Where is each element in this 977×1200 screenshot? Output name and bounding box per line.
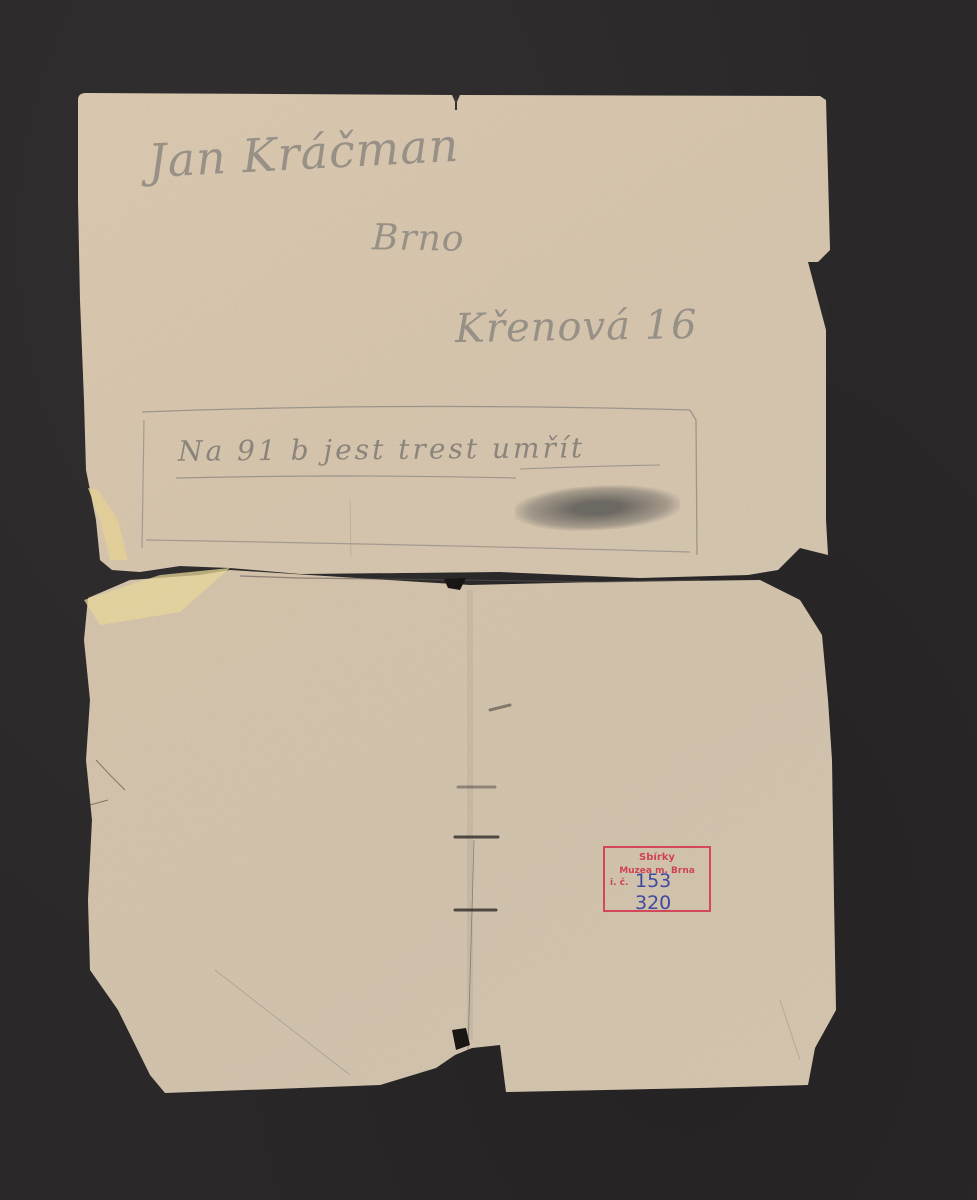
stamp-line-1: Sbírky	[605, 852, 709, 863]
handwritten-street: Křenová 16	[455, 302, 698, 352]
handwritten-city: Brno	[372, 217, 465, 260]
museum-collection-stamp: Sbírky Muzea m. Brna i. č. 153 320	[603, 846, 711, 912]
bottom-paper-piece	[84, 568, 836, 1093]
stamp-inventory-number: 153 320	[635, 870, 709, 914]
handwritten-boxed-note: Na 91 b jest trest umřít	[178, 431, 585, 468]
stamp-line-3: i. č. 153 320	[605, 878, 709, 888]
paper-document	[0, 0, 977, 1200]
stamp-inventory-prefix: i. č.	[610, 878, 628, 888]
